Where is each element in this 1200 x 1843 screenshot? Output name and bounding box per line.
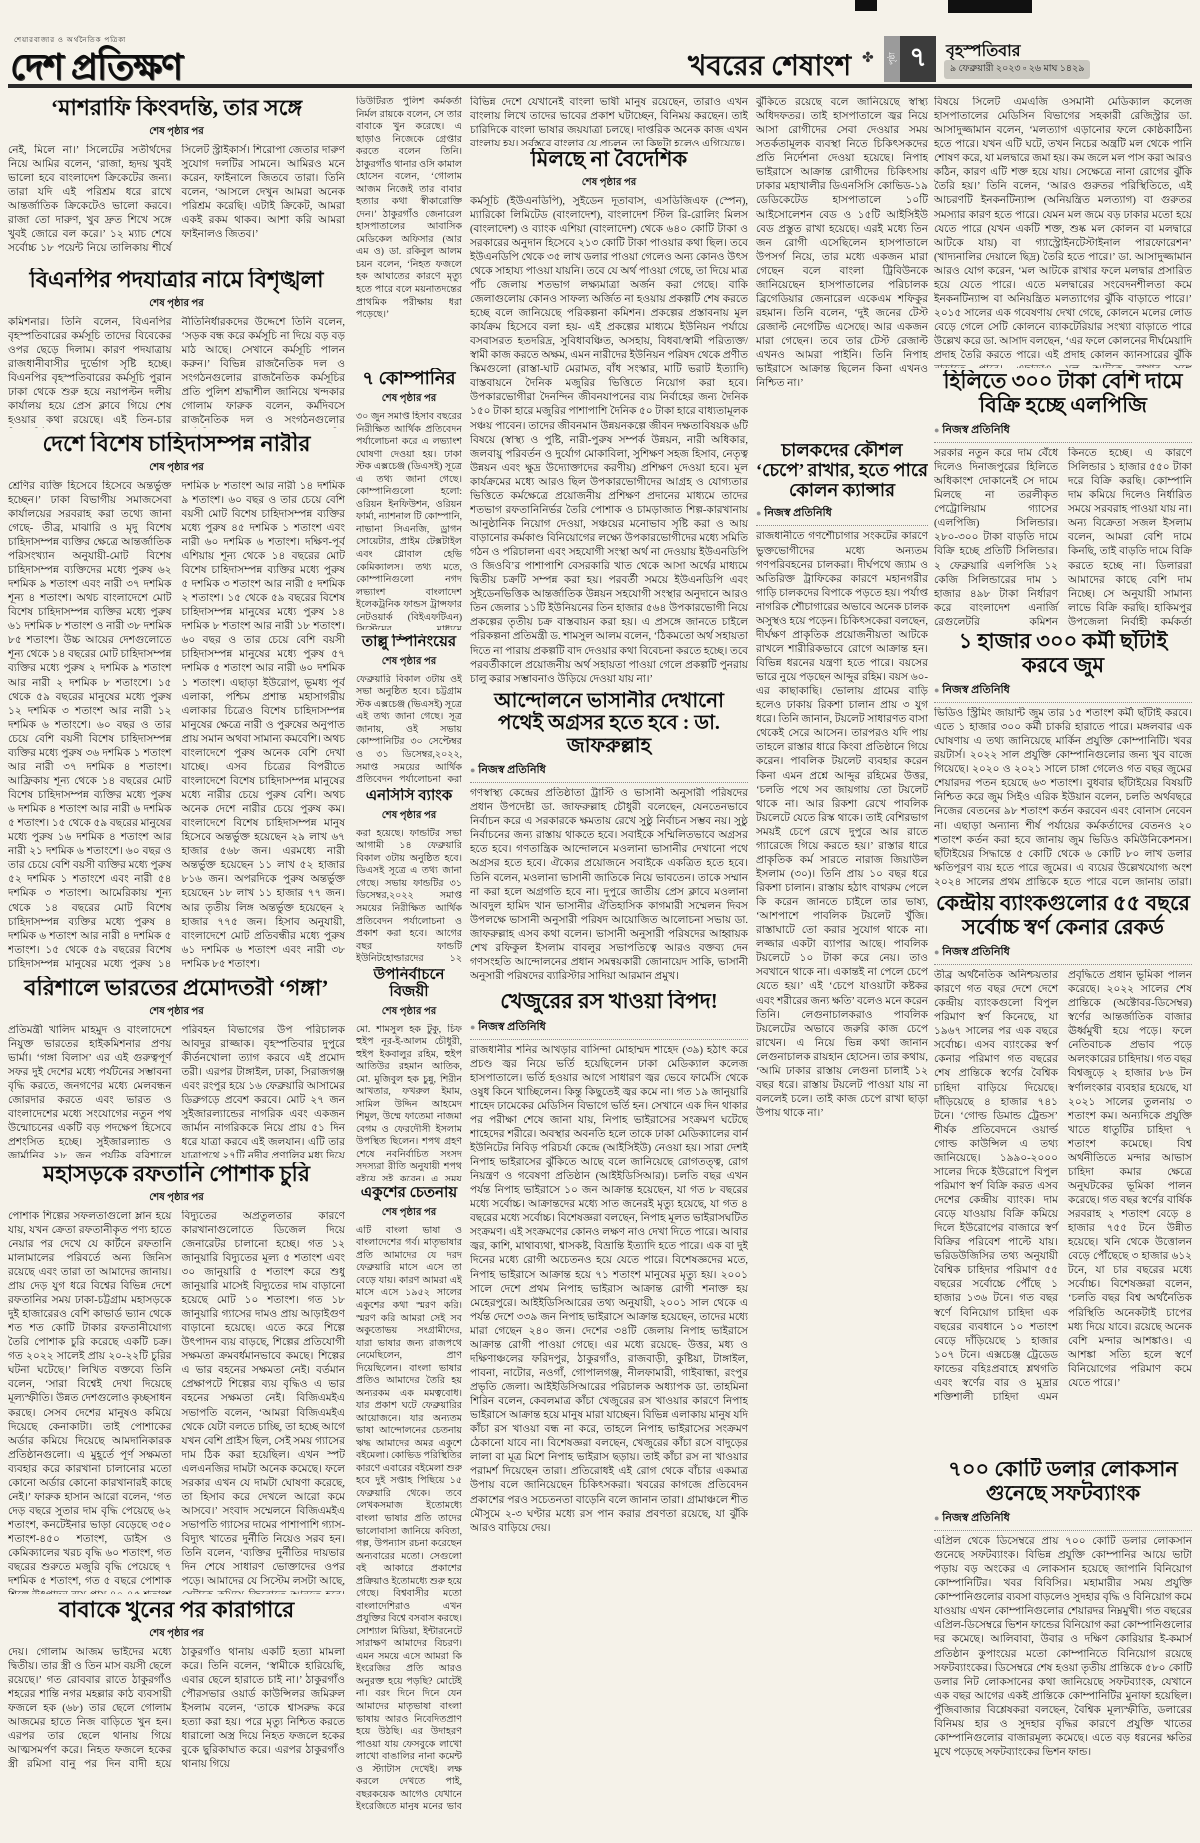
article-date-sap-danger: খেজুরের রস খাওয়া বিপদ! ● নিজস্ব প্রতিনি… (470, 990, 748, 1835)
article-softbank-loss: ৭০০ কোটি ডলার লোকসান গুনেছে সফটব্যাংক ● … (934, 1458, 1192, 1835)
article-body: ডিউটিরত পুলিশ কর্মকর্তা নির্মল রায়কে বল… (356, 96, 462, 364)
continued-from-label: শেষ পৃষ্ঠার পর (8, 124, 345, 141)
article-body: শ্রেণির ব্যক্তি হিসেবে হিসেবে অন্তর্ভুক্… (8, 480, 345, 972)
dotted-divider (934, 442, 1192, 443)
article-headline: একুশের চেতনায় (356, 1185, 462, 1202)
article-hili-lpg-price: হিলিতে ৩০০ টাকা বেশি দামে বিক্রি হচ্ছে এ… (934, 370, 1192, 626)
bullet-icon: ● (934, 1513, 939, 1523)
bullet-icon: ● (934, 685, 939, 695)
bullet-icon: ● (756, 508, 761, 518)
article-ekush-spirit: একুশের চেতনায় শেষ পৃষ্ঠার পর এটি বাংলা … (356, 1185, 462, 1810)
article-headline: ৭০০ কোটি ডলার লোকসান গুনেছে সফটব্যাংক (934, 1458, 1192, 1505)
continued-from-label: শেষ পৃষ্ঠার পর (8, 296, 345, 313)
dotted-divider (934, 964, 1192, 965)
dotted-divider (470, 782, 748, 783)
article-bhasani-zafrullah: আন্দোলনে ভাসানীর দেখানো পথেই অগ্রসর হতে … (470, 690, 748, 986)
continued-from-label: শেষ পৃষ্ঠার পর (356, 808, 462, 825)
page-number-box: পৃষ্ঠা ৭ (884, 36, 936, 82)
article-headline: দেশে বিশেষ চাহিদাসম্পন্ন নারীর (8, 432, 345, 457)
article-body: তীব্র অর্থনৈতিক অনিশ্চয়তার কারণে গত বছর… (934, 969, 1192, 1454)
article-headline: আন্দোলনে ভাসানীর দেখানো পথেই অগ্রসর হতে … (470, 690, 748, 757)
article-body: ফেব্রুয়ারি বিকাল ৩টায় ওই সভা অনুষ্ঠিত … (356, 674, 462, 784)
article-body: প্রতিমন্ত্রী খালিদ মাহমুদ ও বাংলাদেশে নি… (8, 1024, 345, 1158)
article-headline: উপনির্বাচনে বিজয়ী (356, 967, 462, 1001)
bullet-icon: ● (470, 765, 475, 775)
ornament-icon: ✤ (862, 50, 874, 67)
article-jump-nipah-hospital: ঝুঁকিতে রয়েছে বলে জানিয়েছে স্বাস্থ্য অ… (756, 96, 928, 436)
article-headline: ১ হাজার ৩০০ কর্মী ছাঁটাই করবে জুম (934, 630, 1192, 677)
article-central-banks-gold: কেন্দ্রীয় ব্যাংকগুলোর ৫৫ বছরে সর্বোচ্চ … (934, 892, 1192, 1454)
article-body: রাজধানীতে গণশৌচাগার সংকটের কারণে ভুক্তভো… (756, 530, 928, 1835)
article-body: ঝুঁকিতে রয়েছে বলে জানিয়েছে স্বাস্থ্য অ… (756, 96, 928, 436)
article-jump-father-murder: ডিউটিরত পুলিশ কর্মকর্তা নির্মল রায়কে বল… (356, 96, 462, 364)
article-headline: মহাসড়কে রফতানি পোশাক চুরি (8, 1162, 345, 1187)
article-headline: মিলছে না বৈদেশিক (470, 148, 748, 172)
article-headline: এনসিসি ব্যাংক (356, 788, 462, 805)
article-body: করা হয়েছে। ফান্ডটির সভা আগামী ১৪ ফেব্রু… (356, 828, 462, 963)
dotted-divider (934, 1530, 1192, 1531)
continued-from-label: শেষ পৃষ্ঠার পর (356, 1205, 462, 1222)
reporter-label: নিজস্ব প্রতিনিধি (764, 507, 832, 519)
article-body: ভিডিও স্ট্রিমিং জায়ান্ট জুম তার ১৫ শতাং… (934, 707, 1192, 888)
article-garment-theft: মহাসড়কে রফতানি পোশাক চুরি শেষ পৃষ্ঠার প… (8, 1162, 345, 1594)
article-body: এপ্রিল থেকে ডিসেম্বরে প্রায় ৭০০ কোটি ডল… (934, 1535, 1192, 1835)
dotted-divider (756, 525, 928, 526)
byline: ● নিজস্ব প্রতিনিধি (934, 943, 1192, 962)
article-body: ৩০ জুন সমাপ্ত হিসাব বছরের নিরীক্ষিত আর্থ… (356, 411, 462, 630)
article-body: দেয়। গোলাম আজম ভাইদের মধ্যে দ্বিতীয়। ত… (8, 1646, 345, 1810)
article-body: গণস্বাস্থ্য কেন্দ্রের প্রতিষ্ঠাতা ট্রাস্… (470, 787, 748, 986)
reporter-label: নিজস্ব প্রতিনিধি (942, 1512, 1010, 1524)
continued-from-label: শেষ পৃষ্ঠার পর (8, 1190, 345, 1207)
article-ganga-cruise: বরিশালে ভারতের প্রমোদতরী ‘গঙ্গা’ শেষ পৃষ… (8, 976, 345, 1158)
reporter-label: নিজস্ব প্রতিনিধি (942, 424, 1010, 436)
article-body: কমিশনার। তিনি বলেন, বিএনপির বৃহস্পতিবারে… (8, 316, 345, 428)
article-headline: বিএনপির পদযাত্রার নামে বিশৃঙ্খলা (8, 268, 345, 293)
byline: ● নিজস্ব প্রতিনিধি (756, 504, 928, 523)
article-body: এটি বাংলা ভাষা ও বাংলাদেশের গর্ব। মাতৃভা… (356, 1225, 462, 1810)
article-zoom-layoffs: ১ হাজার ৩০০ কর্মী ছাঁটাই করবে জুম ● নিজস… (934, 630, 1192, 888)
bullet-icon: ● (934, 947, 939, 957)
article-body: নেই, মিলে না।’ সিলেটের সতীর্থদের নিয়ে আ… (8, 144, 345, 264)
article-ncc-bank: এনসিসি ব্যাংক শেষ পৃষ্ঠার পর করা হয়েছে।… (356, 788, 462, 963)
reporter-label: নিজস্ব প্রতিনিধি (942, 946, 1010, 958)
byline: ● নিজস্ব প্রতিনিধি (470, 1018, 748, 1037)
date-line: ৯ ফেব্রুয়ারী ২০২৩ ▫ ২৬ মাঘ ১৪২৯ (944, 60, 1090, 79)
article-headline: তাল্লু স্পিনিংয়ের (356, 634, 462, 651)
page-label: পৃষ্ঠা (884, 36, 900, 82)
reporter-label: নিজস্ব প্রতিনিধি (942, 684, 1010, 696)
article-jump-ekush-tail: বিভিন্ন দেশে যেখানেই বাংলা ভাষী মানুষ রয… (470, 96, 748, 146)
article-byelection-winners: উপনির্বাচনে বিজয়ী শেষ পৃষ্ঠার পর মো. শা… (356, 967, 462, 1181)
article-headline: বরিশালে ভারতের প্রমোদতরী ‘গঙ্গা’ (8, 976, 345, 1001)
byline: ● নিজস্ব প্রতিনিধি (934, 681, 1192, 700)
article-body: বিভিন্ন দেশে যেখানেই বাংলা ভাষী মানুষ রয… (470, 96, 748, 146)
article-seven-companies: ৭ কোম্পানির শেষ পৃষ্ঠার পর ৩০ জুন সমাপ্ত… (356, 368, 462, 630)
bullet-icon: ● (934, 425, 939, 435)
continued-from-label: শেষ পৃষ্ঠার পর (8, 1626, 345, 1643)
byline: ● নিজস্ব প্রতিনিধি (934, 1509, 1192, 1528)
continued-from-label: শেষ পৃষ্ঠার পর (356, 654, 462, 671)
continued-from-label: শেষ পৃষ্ঠার পর (8, 460, 345, 477)
dotted-divider (470, 1039, 748, 1040)
reporter-label: নিজস্ব প্রতিনিধি (478, 1021, 546, 1033)
newspaper-page: শেয়ারবাজার ও অর্থনৈতিক পত্রিকা দেশ প্রত… (0, 0, 1200, 1843)
masthead: শেয়ারবাজার ও অর্থনৈতিক পত্রিকা দেশ প্রত… (0, 0, 1200, 90)
article-headline: ‘মাশরাফি কিংবদন্তি, তার সঙ্গে (8, 96, 345, 121)
article-body: সরকার নতুন করে দাম বেঁধে দিলেও দিনাজপুরে… (934, 447, 1192, 626)
article-body: মো. শামসুল হক টুকু, চিফ হুইপ নূর-ই-আলম চ… (356, 1024, 462, 1181)
article-jump-osmani-medical: বিষয়ে সিলেট এমএজি ওসমানী মেডিক্যাল কলেজ… (934, 96, 1192, 368)
article-special-needs-women: দেশে বিশেষ চাহিদাসম্পন্ন নারীর শেষ পৃষ্ঠ… (8, 432, 345, 972)
article-foreign-funds: মিলছে না বৈদেশিক শেষ পৃষ্ঠার পর কর্মসূচি… (470, 148, 748, 686)
article-headline: হিলিতে ৩০০ টাকা বেশি দামে বিক্রি হচ্ছে এ… (934, 370, 1192, 417)
article-headline: খেজুরের রস খাওয়া বিপদ! (470, 990, 748, 1014)
article-headline: ৭ কোম্পানির (356, 368, 462, 388)
article-mashrafe-legend: ‘মাশরাফি কিংবদন্তি, তার সঙ্গে শেষ পৃষ্ঠা… (8, 96, 345, 264)
article-drivers-colon-cancer: চালকদের কৌশল ‘চেপে’ রাখার, হতে পারে কোলন… (756, 440, 928, 1835)
article-headline: কেন্দ্রীয় ব্যাংকগুলোর ৫৫ বছরে সর্বোচ্চ … (934, 892, 1192, 939)
header-rule (8, 84, 1192, 88)
byline: ● নিজস্ব প্রতিনিধি (934, 421, 1192, 440)
continued-from-label: শেষ পৃষ্ঠার পর (470, 175, 748, 192)
article-father-murder: বাবাকে খুনের পর কারাগারে শেষ পৃষ্ঠার পর … (8, 1598, 345, 1810)
article-headline: বাবাকে খুনের পর কারাগারে (8, 1598, 345, 1623)
article-tallu-spinning: তাল্লু স্পিনিংয়ের শেষ পৃষ্ঠার পর ফেব্রু… (356, 634, 462, 784)
byline: ● নিজস্ব প্রতিনিধি (470, 761, 748, 780)
article-body: কর্মসূচি (ইউএনডিপি), সুইডেন দূতাবাস, এসড… (470, 195, 748, 686)
article-headline: চালকদের কৌশল ‘চেপে’ রাখার, হতে পারে কোলন… (756, 440, 928, 500)
article-body: বিষয়ে সিলেট এমএজি ওসমানী মেডিক্যাল কলেজ… (934, 96, 1192, 368)
reporter-label: নিজস্ব প্রতিনিধি (478, 764, 546, 776)
dotted-divider (934, 702, 1192, 703)
continued-from-label: শেষ পৃষ্ঠার পর (8, 1004, 345, 1021)
bullet-icon: ● (470, 1022, 475, 1032)
newspaper-logo: দেশ প্রতিক্ষণ (10, 40, 182, 100)
article-body: রাজধানীর শনির আখড়ার বাসিন্দা মোহাম্মদ শ… (470, 1044, 748, 1835)
page-number: ৭ (900, 36, 936, 82)
article-bnp-march: বিএনপির পদযাত্রার নামে বিশৃঙ্খলা শেষ পৃষ… (8, 268, 345, 428)
continued-from-label: শেষ পৃষ্ঠার পর (356, 391, 462, 408)
continued-from-label: শেষ পৃষ্ঠার পর (356, 1004, 462, 1021)
article-body: পোশাক শিল্পের সফলতাগুলো ম্লান হয়ে যায়,… (8, 1210, 345, 1594)
